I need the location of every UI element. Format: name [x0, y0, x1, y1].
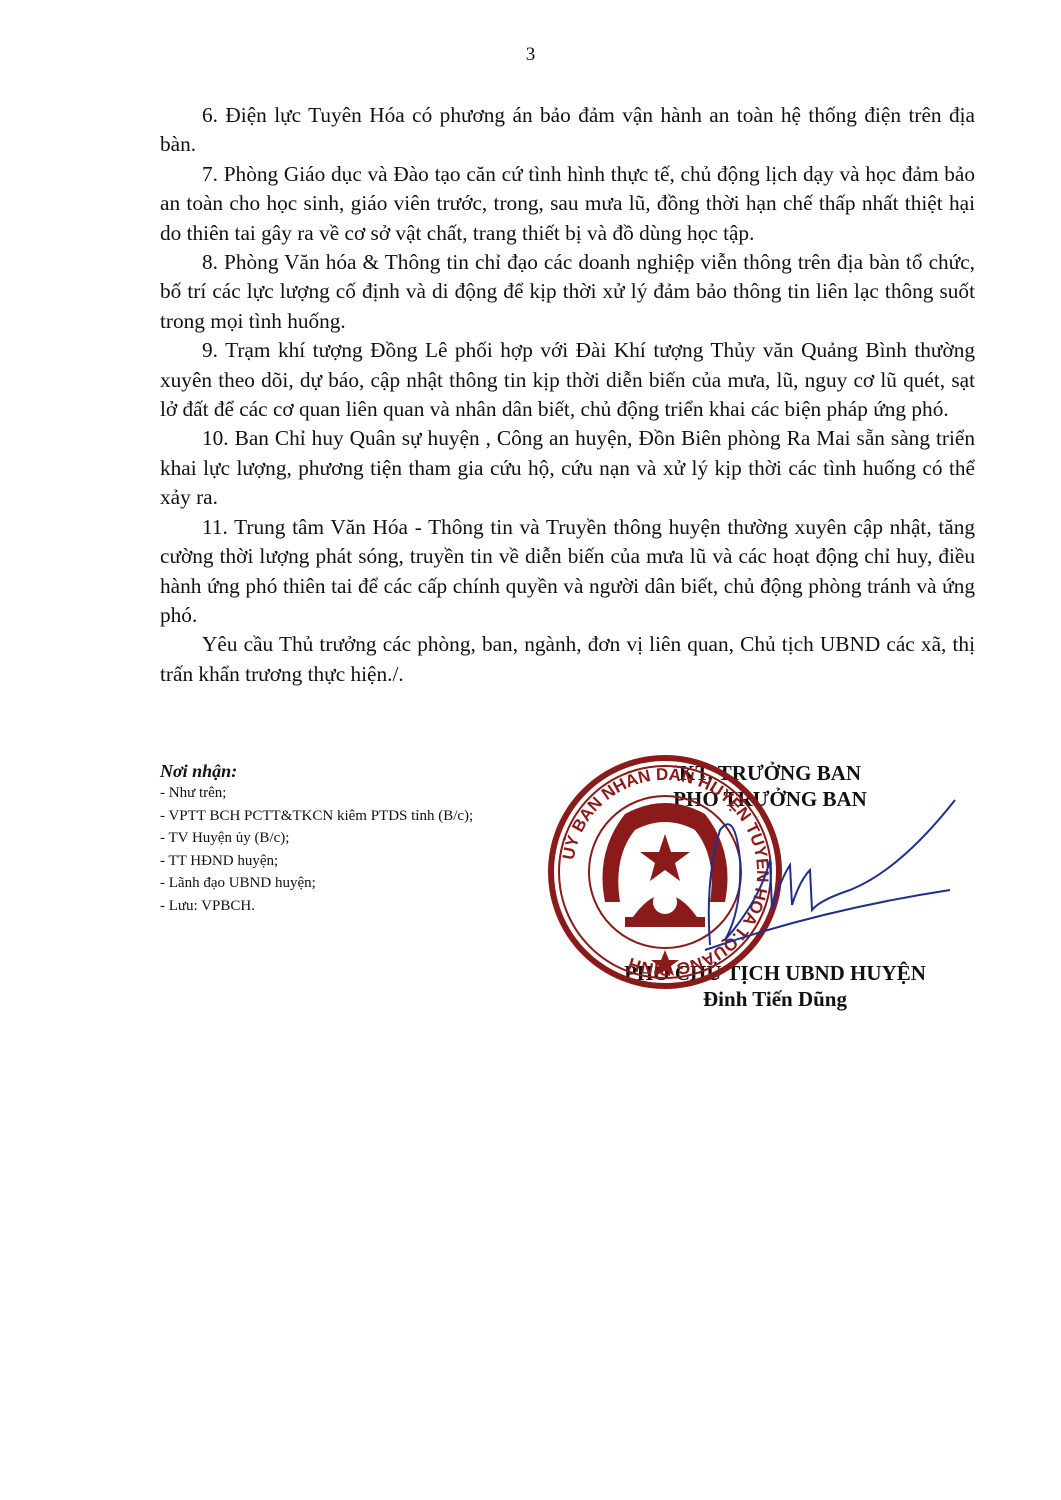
paragraph-7: 7. Phòng Giáo dục và Đào tạo căn cứ tình… [160, 160, 975, 248]
paragraph-11: 11. Trung tâm Văn Hóa - Thông tin và Tru… [160, 513, 975, 631]
page-number: 3 [0, 44, 1061, 66]
paragraph-10: 10. Ban Chỉ huy Quân sự huyện , Công an … [160, 424, 975, 512]
recipient-item: - Lưu: VPBCH. [160, 895, 473, 918]
recipients-title: Nơi nhận: [160, 760, 473, 782]
recipient-item: - Lãnh đạo UBND huyện; [160, 872, 473, 895]
paragraph-6: 6. Điện lực Tuyên Hóa có phương án bảo đ… [160, 101, 975, 160]
paragraph-8: 8. Phòng Văn hóa & Thông tin chỉ đạo các… [160, 248, 975, 336]
paragraph-9: 9. Trạm khí tượng Đồng Lê phối hợp với Đ… [160, 336, 975, 424]
closing-request: Yêu cầu Thủ trưởng các phòng, ban, ngành… [160, 630, 975, 689]
recipient-item: - TV Huyện ủy (B/c); [160, 827, 473, 850]
recipient-item: - TT HĐND huyện; [160, 850, 473, 873]
recipients-block: Nơi nhận: - Như trên; - VPTT BCH PCTT&TK… [160, 760, 473, 917]
document-body: 6. Điện lực Tuyên Hóa có phương án bảo đ… [160, 101, 975, 689]
recipient-item: - Như trên; [160, 782, 473, 805]
handwritten-signature-icon [700, 790, 960, 960]
recipient-item: - VPTT BCH PCTT&TKCN kiêm PTDS tỉnh (B/c… [160, 805, 473, 828]
